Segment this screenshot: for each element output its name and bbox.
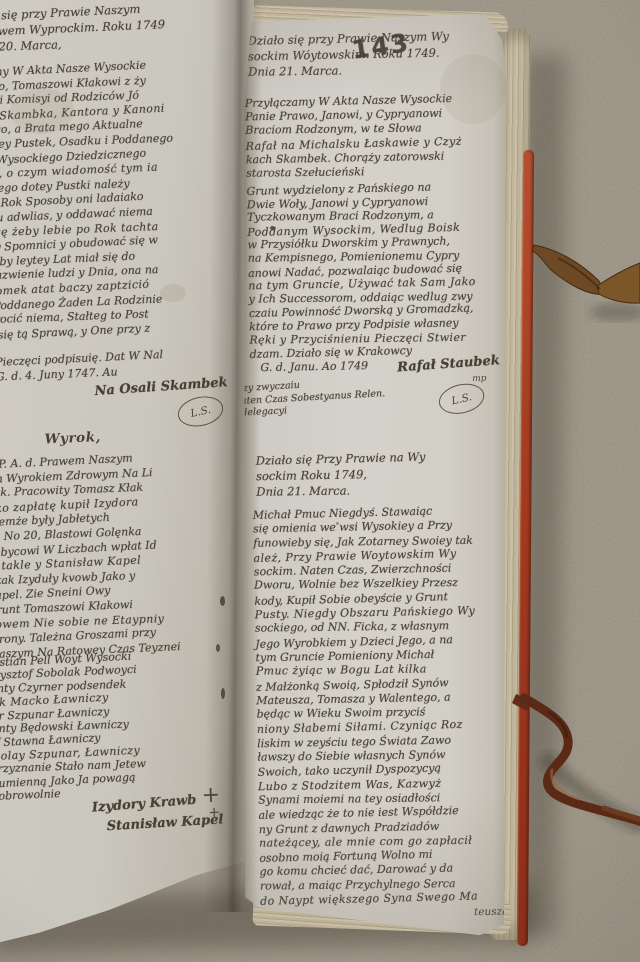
manuscript-line: Działo się Przy Prawie na Wy <box>256 449 426 469</box>
manuscript-line: Rafał na Michalsku Łaskawie y Czyż <box>246 134 462 153</box>
manuscript-line: Dworu, Wolnie bez Wszelkiey Przesz <box>254 576 475 593</box>
manuscript-line: nateżącey, ale mnie com go zapłacił <box>259 834 480 851</box>
clerk-note: Przy zwyczaiuNaten Czas Sobestyanus Rele… <box>244 375 386 421</box>
manuscript-line: Synami moiemi na tey osiadłości <box>258 791 479 808</box>
manuscript-line: Tyczkowanym Braci Rodzonym, a <box>247 208 475 225</box>
right-page: Działo się przy Prawie Naszym Wysockim W… <box>244 14 506 938</box>
manuscript-line: Grunt wydzielony z Pańskiego na <box>246 179 474 198</box>
left-entry-heading: ło się przy Prawie Naszymstwem Wyprockim… <box>0 0 166 56</box>
manuscript-line: ale wiedząc że to nie iest Współdzie <box>258 804 479 824</box>
gutter-crack <box>221 688 225 699</box>
entry1-heading: Działo się przy Prawie Naszym Wysockim W… <box>247 28 449 80</box>
witness-list: bastian Pell Woyt WysockiKrysztof Sobola… <box>0 650 147 804</box>
right-page-text: Działo się przy Prawie Naszym Wysockim W… <box>244 14 506 938</box>
seal-mark-right: L.S. <box>436 379 487 418</box>
manuscript-line: dzam. Działo się w Krakowcy <box>250 343 478 362</box>
manuscript-line: z delegacyi <box>244 401 386 421</box>
verdict-heading: Wyrok, <box>44 429 101 447</box>
left-entry-body: zuiemy W Akta Nasze WysockiePrawo, Tomas… <box>0 58 181 343</box>
manuscript-line: do Naypt większego Syna Swego Ma <box>260 889 481 909</box>
manuscript-line: go komu chcieć dać, Darować y da <box>259 861 480 880</box>
manuscript-line: sockim Wóytowskim. Roku 1749. <box>248 45 450 65</box>
manuscript-line: starosta Szełucieński <box>246 164 462 181</box>
manuscript-line: osobno moią Fortuną Wolno mi <box>259 847 480 867</box>
rust-spot <box>336 522 339 525</box>
manuscript-line: Jego Wyrobkiem y Dzieci Jego, a na <box>255 632 476 652</box>
manuscript-line: ławszy do Siebie własnych Synów <box>257 748 478 765</box>
entry2-body: Michał Pmuc Niegdyś. Stawaiącsię omienia… <box>253 504 481 908</box>
manuscript-line: Dnia 21. Marca. <box>248 61 450 80</box>
gutter-crack <box>220 596 225 606</box>
signature-flourish: mp <box>472 374 486 384</box>
ink-blot <box>270 226 275 230</box>
manuscript-line: z Małżonką Swoią, Spłodził Synów <box>256 675 477 695</box>
manuscript-photo: ło się przy Prawie Naszymstwem Wyprockim… <box>0 0 640 962</box>
seal-label: L.S. <box>450 391 473 407</box>
manuscript-line: Przy zwyczaiu <box>244 375 385 397</box>
manuscript-line: w Przysiółku Dworskim y Prawnych, <box>247 234 475 252</box>
catchword: teusza <box>452 906 506 919</box>
manuscript-line: Przyłączamy W Akta Nasze Wysockie <box>245 92 461 111</box>
manuscript-line: y Ich Successorom, oddaiąc wedlug zwy <box>249 289 477 306</box>
manuscript-line: Michał Pmuc Niegdyś. Stawaiąc <box>253 504 474 524</box>
damp-stain <box>440 54 506 124</box>
page-number: 143 <box>350 30 411 63</box>
manuscript-line: liskim w zeyściu tego Świata Zawo <box>257 733 478 752</box>
manuscript-line: ny Grunt z dawnych Pradziadów <box>259 819 480 838</box>
manuscript-line: rował, a maiąc Przychylnego Serca <box>260 876 481 893</box>
rust-spot <box>350 526 353 529</box>
manuscript-line: tym Gruncie Pomieniony Michał <box>255 647 476 666</box>
manuscript-line: na Kempisnego, Pomienionemu Cypry <box>248 249 476 266</box>
manuscript-line: Działo się przy Prawie Naszym Wy <box>247 28 449 49</box>
manuscript-line: ależ, Przy Prawie Woytowskim Wy <box>253 546 474 566</box>
book-gutter <box>204 0 264 912</box>
manuscript-line: Ręki y Przyciśnieniu Pieczęci Stwier <box>249 330 477 347</box>
manuscript-line: anowi Nadać, pozwalaiąc budować się <box>248 261 476 280</box>
manuscript-line: niony Słabemi Siłami. Czyniąc Roz <box>257 718 478 738</box>
entry1-body2: Grunt wydzielony z Pańskiego naDwie Woły… <box>246 180 477 375</box>
manuscript-line: sockim. Naten Czas, Zwierzchności <box>254 561 475 580</box>
manuscript-line: które to Prawo przy Podpisie własney <box>249 316 477 334</box>
manuscript-line: Braciom Rodzonym, w te Słowa <box>245 121 461 138</box>
manuscript-line: Dwie Woły, Janowi y Cypryanowi <box>247 194 475 212</box>
manuscript-line: czaiu Powinność Dworską y Gromadzką, <box>249 302 477 321</box>
manuscript-line: Swoich, tako uczynił Dyspozycyą <box>258 761 479 781</box>
left-entry-dateline: Pieczęci podpisuię. Dat W NalG. d. 4. Ju… <box>0 348 164 384</box>
manuscript-line: Panie Prawo, Janowi, y Cypryanowi <box>245 106 461 124</box>
manuscript-line: Poddanym Wysockim, Wedlug Boisk <box>247 220 475 239</box>
manuscript-line: się omienia we wsi Wysokiey a Przy <box>253 518 474 537</box>
manuscript-line: Pmuc żyiąc w Bogu Lat kilka <box>256 662 477 679</box>
manuscript-line: kody, Kupił Sobie obeyście y Grunt <box>254 589 475 609</box>
signature-rafal-staubek: Rafał Staubek <box>368 354 501 377</box>
manuscript-line: Dnia 21. Marca. <box>256 482 426 500</box>
verdict-body: hy P. A. d. Prawem Naszymkim Wyrokiem Zd… <box>0 450 181 662</box>
gutter-crack <box>216 644 220 652</box>
manuscript-line: będąc w Wieku Swoim przyciś <box>257 705 478 722</box>
manuscript-line: G. d. Janu. Ao 1749 <box>250 357 478 375</box>
manuscript-line: Mateusza, Tomasza y Walentego, a <box>256 690 477 709</box>
manuscript-line: sockiego, od NN. Ficka, z własnym <box>255 619 476 636</box>
manuscript-line: Lubo z Stodzitem Was, Kazwyż <box>258 776 479 795</box>
manuscript-line: sockim Roku 1749, <box>256 465 426 484</box>
manuscript-line: Pusty. Niegdy Obszaru Pańskiego Wy <box>255 604 476 623</box>
entry2-heading: Działo się Przy Prawie na Wysockim Roku … <box>256 449 427 501</box>
manuscript-line: kach Skambek. Chorąży zatorowski <box>246 149 462 167</box>
manuscript-line: na tym Gruncie, Używać tak Sam Jako <box>248 275 476 293</box>
entry1-body1: Przyłączamy W Akta Nasze WysockiePanie P… <box>245 92 463 181</box>
manuscript-line: funowieby się, Jak Zotarney Swoiey tak <box>253 533 474 550</box>
manuscript-line: Naten Czas Sobestyanus Relen. <box>244 388 386 409</box>
